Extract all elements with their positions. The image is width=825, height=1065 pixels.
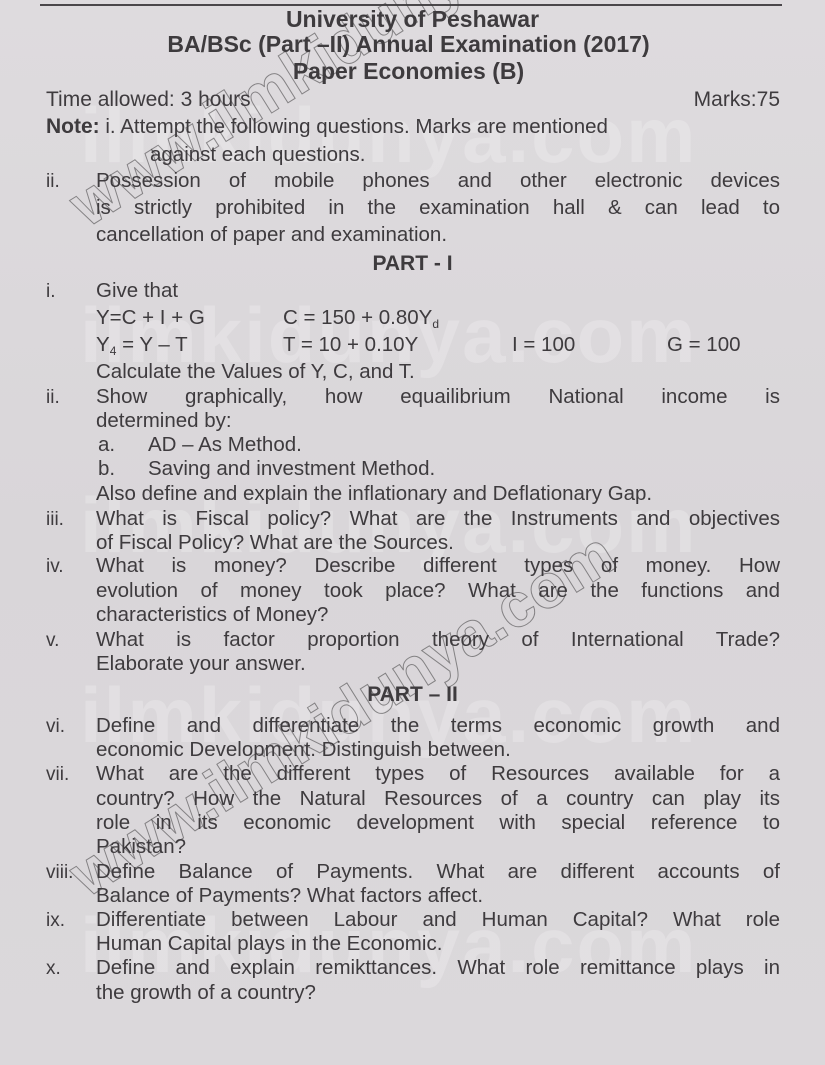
- equation-consumption: C = 150 + 0.80Yd: [283, 306, 439, 331]
- note-ii-line-3: cancellation of paper and examination.: [96, 223, 447, 247]
- question-2-line-1: Show graphically, how equailibrium Natio…: [96, 385, 780, 409]
- question-5-line-2: Elaborate your answer.: [96, 652, 306, 676]
- question-4-number: iv.: [46, 556, 64, 578]
- note-ii-line-2: is strictly prohibited in the examinatio…: [96, 196, 780, 220]
- question-7-line-1: What are the different types of Resource…: [96, 762, 780, 786]
- paper-title: Paper Economies (B): [0, 58, 821, 85]
- question-10-line-1: Define and explain remikttances. What ro…: [96, 956, 780, 980]
- total-marks: Marks:75: [694, 88, 780, 112]
- meta-row: Time allowed: 3 hours Marks:75: [46, 88, 780, 112]
- question-2-sub-a-label: a.: [98, 433, 115, 457]
- exam-title: BA/BSc (Part –II) Annual Examination (20…: [0, 31, 821, 58]
- equation-tax: T = 10 + 0.10Y: [283, 333, 418, 357]
- note-ii-line-1: Possession of mobile phones and other el…: [96, 169, 780, 193]
- equation-investment: I = 100: [512, 333, 575, 357]
- question-8-line-2: Balance of Payments? What factors affect…: [96, 884, 483, 908]
- question-7-line-2: country? How the Natural Resources of a …: [96, 787, 780, 811]
- question-2-sub-b-label: b.: [98, 457, 115, 481]
- question-7-line-4: Pakistan?: [96, 835, 186, 859]
- question-5-line-1: What is factor proportion theory of Inte…: [96, 628, 780, 652]
- question-2-tail: Also define and explain the inflationary…: [96, 482, 652, 506]
- question-10-number: x.: [46, 958, 61, 980]
- question-3-number: iii.: [46, 509, 64, 531]
- time-allowed: Time allowed: 3 hours: [46, 88, 251, 112]
- question-6-number: vi.: [46, 716, 65, 738]
- question-7-number: vii.: [46, 764, 69, 786]
- note-number: i.: [105, 115, 115, 138]
- note-i-line-2: against each questions.: [150, 143, 365, 167]
- question-1-number: i.: [46, 281, 56, 303]
- question-8-number: viii.: [46, 862, 73, 884]
- question-1-task: Calculate the Values of Y, C, and T.: [96, 360, 415, 384]
- question-2-sub-b: Saving and investment Method.: [148, 457, 435, 481]
- note-ii-number: ii.: [46, 171, 60, 193]
- question-3-line-2: of Fiscal Policy? What are the Sources.: [96, 531, 454, 555]
- equation-disposable-income: Y4 = Y – T: [96, 333, 188, 358]
- question-9-line-2: Human Capital plays in the Economic.: [96, 932, 442, 956]
- question-2-line-2: determined by:: [96, 409, 232, 433]
- question-2-number: ii.: [46, 387, 60, 409]
- question-4-line-2: evolution of money took place? What are …: [96, 579, 780, 603]
- question-5-number: v.: [46, 630, 59, 652]
- question-9-line-1: Differentiate between Labour and Human C…: [96, 908, 780, 932]
- equation-government: G = 100: [667, 333, 741, 357]
- question-9-number: ix.: [46, 910, 65, 932]
- note-i: Note: i. Attempt the following questions…: [46, 115, 608, 139]
- question-4-line-3: characteristics of Money?: [96, 603, 328, 627]
- question-1-intro: Give that: [96, 279, 178, 303]
- university-title: University of Peshawar: [0, 6, 825, 33]
- note-text: Attempt the following questions. Marks a…: [120, 115, 608, 138]
- question-6-line-1: Define and differentiate the terms econo…: [96, 714, 780, 738]
- question-3-line-1: What is Fiscal policy? What are the Inst…: [96, 507, 780, 531]
- question-4-line-1: What is money? Describe different types …: [96, 554, 780, 578]
- question-7-line-3: role in its economic development with sp…: [96, 811, 780, 835]
- equation-income-identity: Y=C + I + G: [96, 306, 205, 330]
- part-1-title: PART - I: [0, 252, 825, 276]
- question-2-sub-a: AD – As Method.: [148, 433, 302, 457]
- question-8-line-1: Define Balance of Payments. What are dif…: [96, 860, 780, 884]
- exam-paper-page: ilmkidunya.com ilmkidunya.com ilmkidunya…: [0, 0, 825, 1065]
- question-6-line-2: economic Development. Distinguish betwee…: [96, 738, 511, 762]
- note-label: Note:: [46, 115, 100, 138]
- part-2-title: PART – II: [0, 683, 825, 707]
- question-10-line-2: the growth of a country?: [96, 981, 316, 1005]
